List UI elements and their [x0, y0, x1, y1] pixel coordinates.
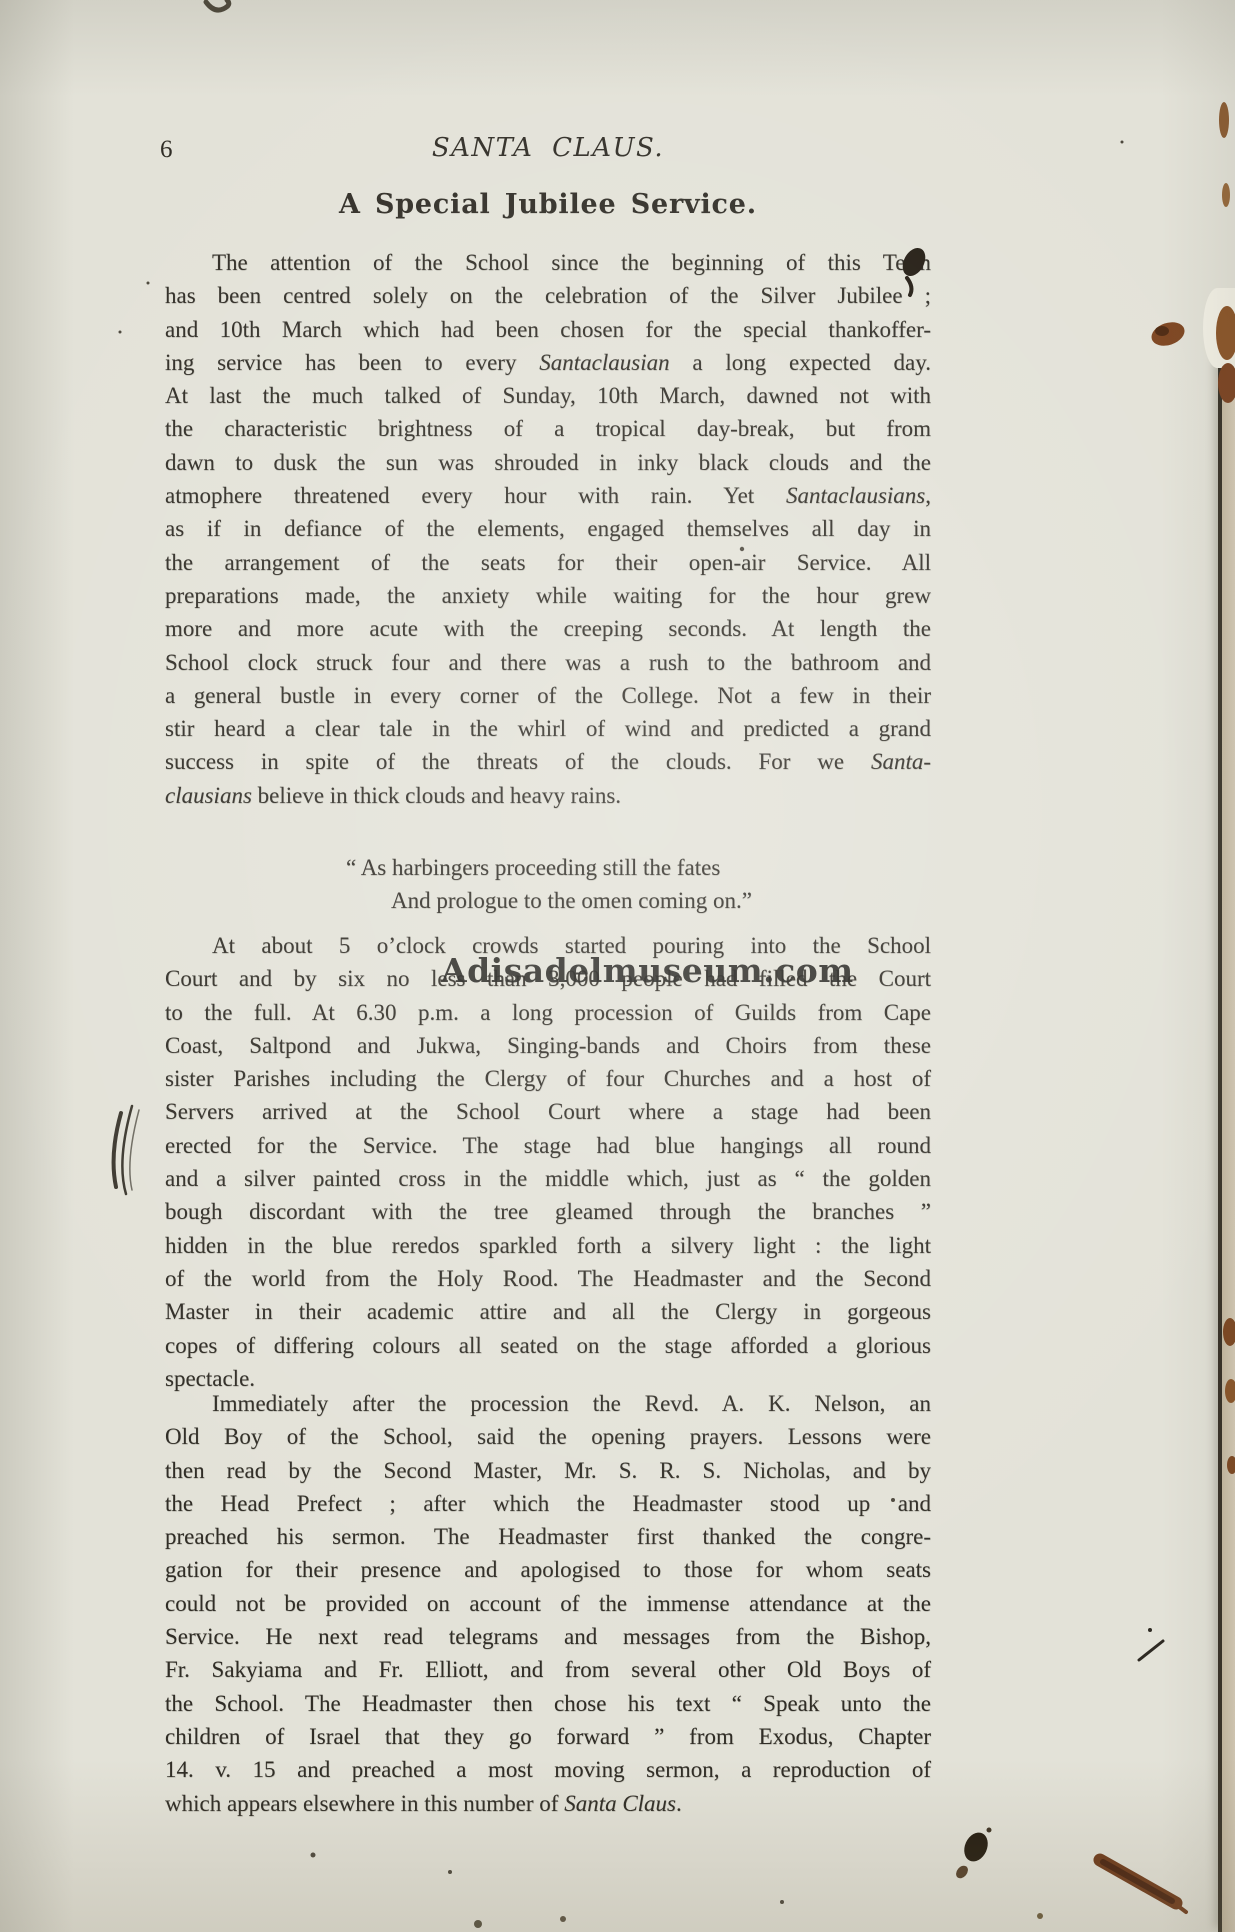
text-line: has been centred solely on the celebrati… [165, 279, 931, 312]
text-line: “ As harbingers proceeding still the fat… [165, 851, 931, 884]
text-line: stir heard a clear tale in the whirl of … [165, 712, 931, 745]
text-line: the School. The Headmaster then chose hi… [165, 1687, 931, 1720]
text-line: Servers arrived at the School Court wher… [165, 1095, 931, 1128]
text-line: ing service has been to every Santaclaus… [165, 346, 931, 379]
text-line: and a silver painted cross in the middle… [165, 1162, 931, 1195]
text-line: gation for their presence and apologised… [165, 1553, 931, 1586]
paragraph: At about 5 o’clock crowds started pourin… [165, 929, 931, 1395]
text-line: atmophere threatened every hour with rai… [165, 479, 931, 512]
text-line: then read by the Second Master, Mr. S. R… [165, 1454, 931, 1487]
text-line: success in spite of the threats of the c… [165, 745, 931, 778]
text-line: the Head Prefect ; after which the Headm… [165, 1487, 931, 1520]
text-line: At last the much talked of Sunday, 10th … [165, 379, 931, 412]
scanned-page: 6 SANTA CLAUS. A Special Jubilee Service… [0, 0, 1235, 1932]
watermark-overlay: Adisadelmuseum.com [441, 951, 854, 990]
verse-quote: “ As harbingers proceeding still the fat… [165, 851, 931, 918]
text-line: The attention of the School since the be… [165, 246, 931, 279]
text-line: Coast, Saltpond and Jukwa, Singing-bands… [165, 1029, 931, 1062]
text-line: more and more acute with the creeping se… [165, 612, 931, 645]
paragraph: The attention of the School since the be… [165, 246, 931, 812]
text-line: Immediately after the procession the Rev… [165, 1387, 931, 1420]
text-line: Service. He next read telegrams and mess… [165, 1620, 931, 1653]
text-line: the characteristic brightness of a tropi… [165, 412, 931, 445]
text-line: and 10th March which had been chosen for… [165, 313, 931, 346]
text-line: sister Parishes including the Clergy of … [165, 1062, 931, 1095]
text-line: Master in their academic attire and all … [165, 1295, 931, 1328]
text-line: And prologue to the omen coming on.” [165, 884, 931, 917]
text-line: erected for the Service. The stage had b… [165, 1129, 931, 1162]
text-line: dawn to dusk the sun was shrouded in ink… [165, 446, 931, 479]
text-line: Fr. Sakyiama and Fr. Elliott, and from s… [165, 1653, 931, 1686]
text-line: to the full. At 6.30 p.m. a long process… [165, 996, 931, 1029]
text-line: clausians believe in thick clouds and he… [165, 779, 931, 812]
text-line: a general bustle in every corner of the … [165, 679, 931, 712]
text-line: preparations made, the anxiety while wai… [165, 579, 931, 612]
text-line: could not be provided on account of the … [165, 1587, 931, 1620]
text-line: School clock struck four and there was a… [165, 646, 931, 679]
text-line: bough discordant with the tree gleamed t… [165, 1195, 931, 1228]
text-line: Old Boy of the School, said the opening … [165, 1420, 931, 1453]
text-line: children of Israel that they go forward … [165, 1720, 931, 1753]
text-line: as if in defiance of the elements, engag… [165, 512, 931, 545]
paragraph: Immediately after the procession the Rev… [165, 1387, 931, 1820]
text-line: copes of differing colours all seated on… [165, 1329, 931, 1362]
text-line: hidden in the blue reredos sparkled fort… [165, 1229, 931, 1262]
text-line: of the world from the Holy Rood. The Hea… [165, 1262, 931, 1295]
text-line: 14. v. 15 and preached a most moving ser… [165, 1753, 931, 1786]
text-line: which appears elsewhere in this number o… [165, 1787, 931, 1820]
text-line: preached his sermon. The Headmaster firs… [165, 1520, 931, 1553]
text-line: the arrangement of the seats for their o… [165, 546, 931, 579]
